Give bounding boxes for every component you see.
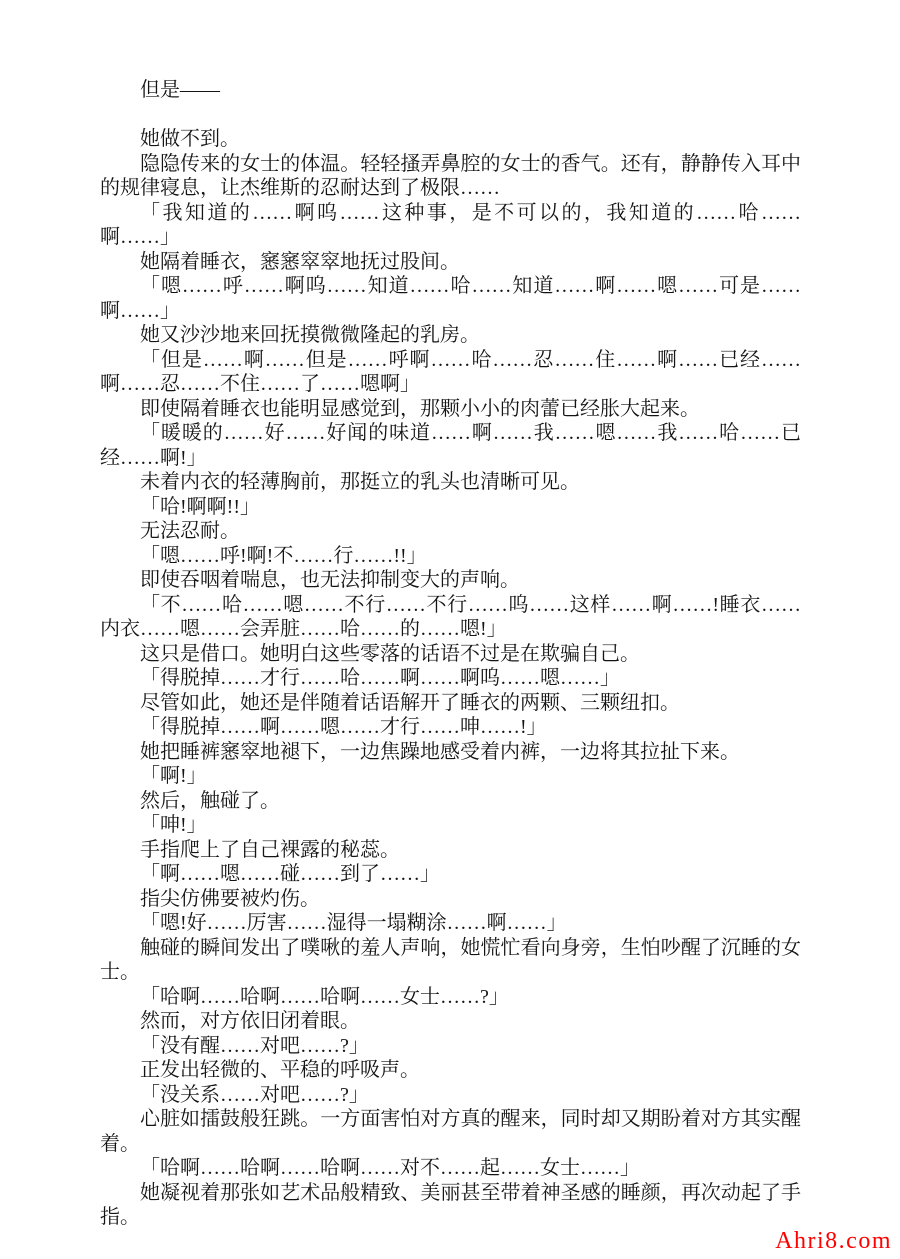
paragraph: 手指爬上了自己裸露的秘蕊。	[100, 838, 801, 863]
paragraph: 「嗯!好……厉害……湿得一塌糊涂……啊……」	[100, 911, 801, 936]
paragraph: 她凝视着那张如艺术品般精致、美丽甚至带着神圣感的睡颜，再次动起了手指。	[100, 1181, 801, 1230]
paragraph: 「嗯……呼……啊呜……知道……哈……知道……啊……嗯……可是……啊……」	[100, 274, 801, 323]
paragraph: 她做不到。	[100, 127, 801, 152]
paragraph: 隐隐传来的女士的体温。轻轻搔弄鼻腔的女士的香气。还有，静静传入耳中的规律寝息，让…	[100, 152, 801, 201]
paragraph: 她隔着睡衣，窸窸窣窣地抚过股间。	[100, 250, 801, 275]
paragraph: 「啊……嗯……碰……到了……」	[100, 862, 801, 887]
paragraph: 尽管如此，她还是伴随着话语解开了睡衣的两颗、三颗纽扣。	[100, 691, 801, 716]
document-page: 但是——她做不到。隐隐传来的女士的体温。轻轻搔弄鼻腔的女士的香气。还有，静静传入…	[0, 0, 900, 1259]
paragraph: 她把睡裤窸窣地褪下，一边焦躁地感受着内裤，一边将其拉扯下来。	[100, 740, 801, 765]
paragraph: 「没关系……对吧……?」	[100, 1083, 801, 1108]
paragraph: 然而，对方依旧闭着眼。	[100, 1009, 801, 1034]
paragraph: 「暖暖的……好……好闻的味道……啊……我……嗯……我……哈……已经……啊!」	[100, 421, 801, 470]
blank-line	[100, 103, 801, 128]
paragraph: 但是——	[100, 78, 801, 103]
paragraph: 「哈啊……哈啊……哈啊……女士……?」	[100, 985, 801, 1010]
paragraph: 然后，触碰了。	[100, 789, 801, 814]
paragraph: 「呻!」	[100, 813, 801, 838]
watermark: Ahri8.com	[775, 1228, 892, 1255]
paragraph: 「得脱掉……啊……嗯……才行……呻……!」	[100, 715, 801, 740]
paragraph: 这只是借口。她明白这些零落的话语不过是在欺骗自己。	[100, 642, 801, 667]
paragraph: 即使吞咽着喘息，也无法抑制变大的声响。	[100, 568, 801, 593]
paragraph: 「但是……啊……但是……呼啊……哈……忍……住……啊……已经……啊……忍……不住…	[100, 348, 801, 397]
paragraph: 「不……哈……嗯……不行……不行……呜……这样……啊……!睡衣……内衣……嗯………	[100, 593, 801, 642]
novel-text-body: 但是——她做不到。隐隐传来的女士的体温。轻轻搔弄鼻腔的女士的香气。还有，静静传入…	[100, 78, 801, 1230]
paragraph: 「啊!」	[100, 764, 801, 789]
paragraph: 她又沙沙地来回抚摸微微隆起的乳房。	[100, 323, 801, 348]
paragraph: 「我知道的……啊呜……这种事，是不可以的，我知道的……哈……啊……」	[100, 201, 801, 250]
paragraph: 心脏如擂鼓般狂跳。一方面害怕对方真的醒来，同时却又期盼着对方其实醒着。	[100, 1107, 801, 1156]
paragraph: 指尖仿佛要被灼伤。	[100, 887, 801, 912]
paragraph: 「哈!啊啊!!」	[100, 495, 801, 520]
paragraph: 正发出轻微的、平稳的呼吸声。	[100, 1058, 801, 1083]
paragraph: 无法忍耐。	[100, 519, 801, 544]
paragraph: 未着内衣的轻薄胸前，那挺立的乳头也清晰可见。	[100, 470, 801, 495]
paragraph: 「嗯……呼!啊!不……行……!!」	[100, 544, 801, 569]
paragraph: 「没有醒……对吧……?」	[100, 1034, 801, 1059]
paragraph: 「得脱掉……才行……哈……啊……啊呜……嗯……」	[100, 666, 801, 691]
paragraph: 「哈啊……哈啊……哈啊……对不……起……女士……」	[100, 1156, 801, 1181]
paragraph: 即使隔着睡衣也能明显感觉到，那颗小小的肉蕾已经胀大起来。	[100, 397, 801, 422]
paragraph: 触碰的瞬间发出了噗啾的羞人声响，她慌忙看向身旁，生怕吵醒了沉睡的女士。	[100, 936, 801, 985]
